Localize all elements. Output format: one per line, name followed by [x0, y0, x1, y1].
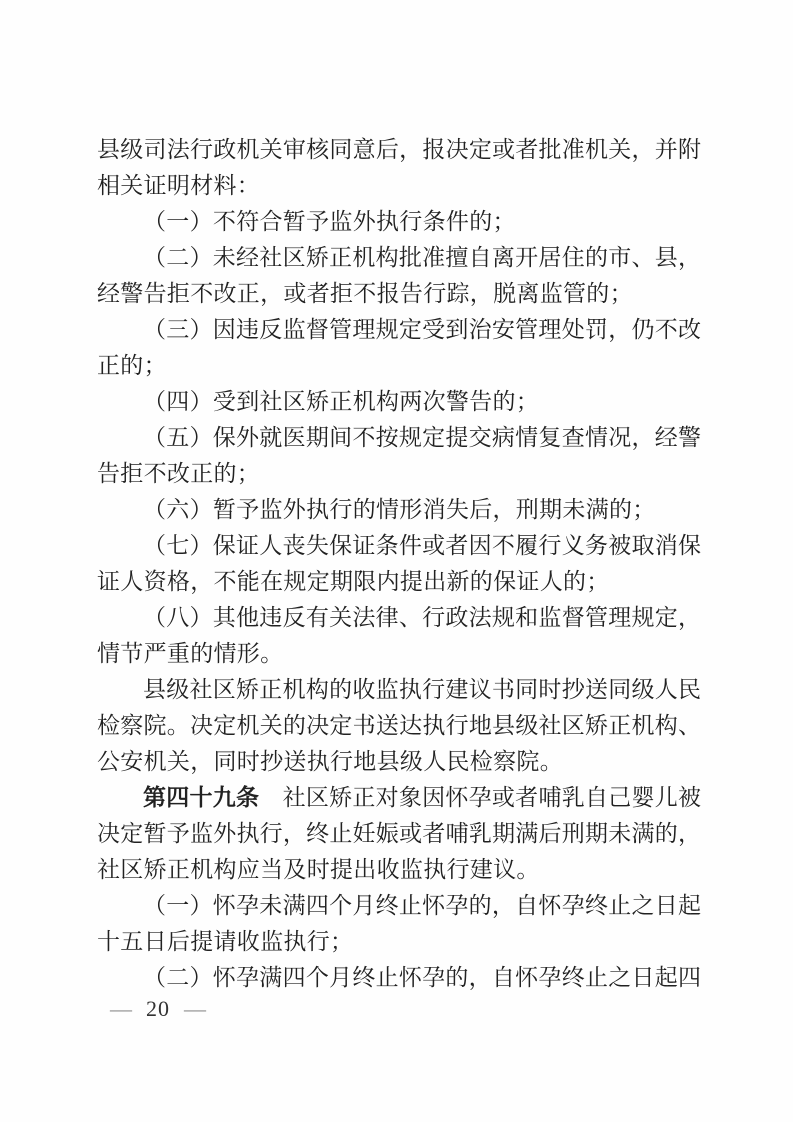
footer-dash-right: — — [184, 996, 206, 1021]
text-line: （二）怀孕满四个月终止怀孕的，自怀孕终止之日起四 — [97, 960, 701, 996]
text-line: （四）受到社区矫正机构两次警告的； — [97, 384, 701, 420]
article-number: 第四十九条 — [143, 785, 259, 810]
page-footer: —20— — [110, 998, 206, 1020]
text-line: （八）其他违反有关法律、行政法规和监督管理规定， — [97, 600, 701, 636]
text-line: 经警告拒不改正，或者拒不报告行踪，脱离监管的； — [97, 276, 701, 312]
text-line: 第四十九条 社区矫正对象因怀孕或者哺乳自己婴儿被 — [97, 780, 701, 816]
text-line: 检察院。决定机关的决定书送达执行地县级社区矫正机构、 — [97, 708, 701, 744]
document-body: 县级司法行政机关审核同意后，报决定或者批准机关，并附相关证明材料：（一）不符合暂… — [97, 132, 701, 996]
text-line: 社区矫正机构应当及时提出收监执行建议。 — [97, 852, 701, 888]
text-line: 县级社区矫正机构的收监执行建议书同时抄送同级人民 — [97, 672, 701, 708]
text-line: （六）暂予监外执行的情形消失后，刑期未满的； — [97, 492, 701, 528]
text-line: 相关证明材料： — [97, 168, 701, 204]
text-line: 告拒不改正的； — [97, 456, 701, 492]
text-line: （一）怀孕未满四个月终止怀孕的，自怀孕终止之日起 — [97, 888, 701, 924]
text-line: （七）保证人丧失保证条件或者因不履行义务被取消保 — [97, 528, 701, 564]
article-text: 社区矫正对象因怀孕或者哺乳自己婴儿被 — [259, 785, 701, 810]
text-line: 十五日后提请收监执行； — [97, 924, 701, 960]
text-line: （二）未经社区矫正机构批准擅自离开居住的市、县， — [97, 240, 701, 276]
text-line: 县级司法行政机关审核同意后，报决定或者批准机关，并附 — [97, 132, 701, 168]
text-line: 情节严重的情形。 — [97, 636, 701, 672]
text-line: （三）因违反监督管理规定受到治安管理处罚，仍不改 — [97, 312, 701, 348]
text-line: （一）不符合暂予监外执行条件的； — [97, 204, 701, 240]
page-number: 20 — [146, 996, 170, 1021]
text-line: 决定暂予监外执行，终止妊娠或者哺乳期满后刑期未满的， — [97, 816, 701, 852]
text-line: （五）保外就医期间不按规定提交病情复查情况，经警 — [97, 420, 701, 456]
text-line: 正的； — [97, 348, 701, 384]
footer-dash-left: — — [110, 996, 132, 1021]
text-line: 公安机关，同时抄送执行地县级人民检察院。 — [97, 744, 701, 780]
document-page: 县级司法行政机关审核同意后，报决定或者批准机关，并附相关证明材料：（一）不符合暂… — [0, 0, 793, 1122]
text-line: 证人资格，不能在规定期限内提出新的保证人的； — [97, 564, 701, 600]
